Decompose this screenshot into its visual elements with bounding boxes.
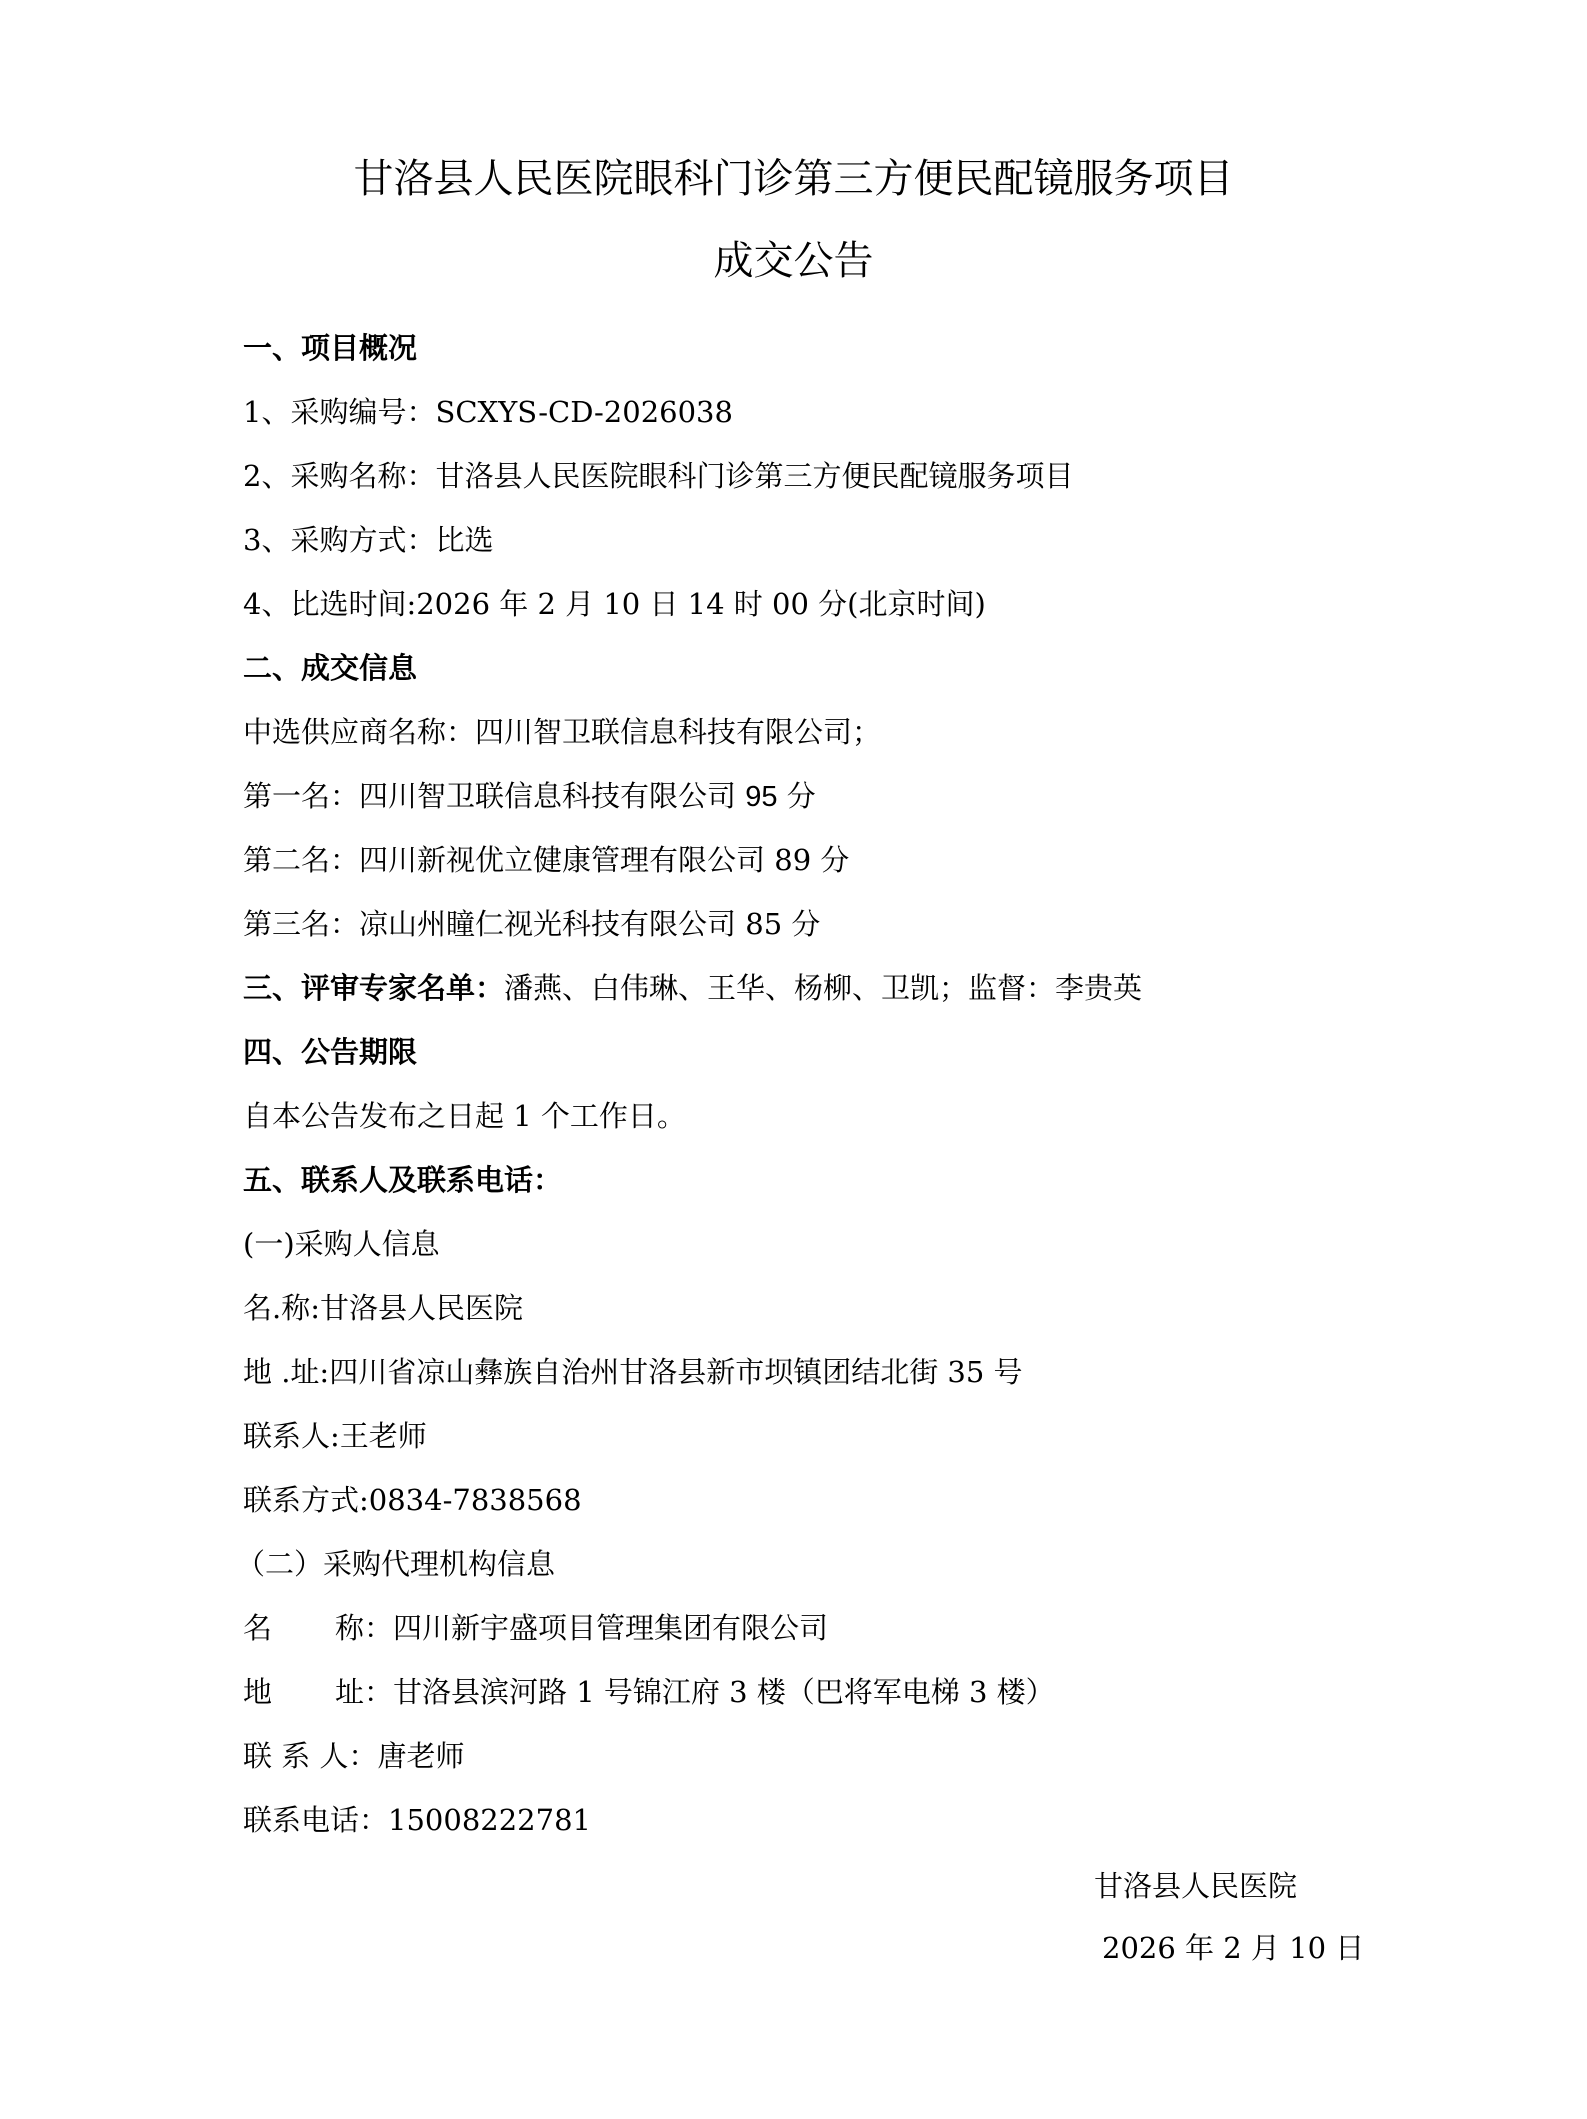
agency-phone-value: 15008222781 <box>388 1803 591 1837</box>
procurement-number: 1、采购编号：SCXYS-CD-2026038 <box>243 392 733 432</box>
agency-phone: 联系电话：15008222781 <box>243 1800 591 1840</box>
ranking-score: 89 <box>774 843 811 877</box>
agency-contact-value: 唐老师 <box>377 1739 464 1773</box>
purchaser-contact: 联系人:王老师 <box>243 1416 427 1456</box>
agency-name-label-part2: 称： <box>335 1611 393 1645</box>
ranking-label: 第一名： <box>243 779 359 813</box>
agency-contact: 联 系 人：唐老师 <box>243 1736 464 1776</box>
section-heading-expert-list: 三、评审专家名单： <box>243 971 504 1005</box>
ranking-company: 四川智卫联信息科技有限公司 <box>359 779 745 813</box>
section-heading-contacts: 五、联系人及联系电话： <box>243 1160 562 1200</box>
agency-info-heading: （二）采购代理机构信息 <box>236 1544 555 1584</box>
agency-address-label-part1: 地 <box>243 1672 335 1712</box>
expert-list: 三、评审专家名单：潘燕、白伟琳、王华、杨柳、卫凯；监督：李贵英 <box>243 968 1142 1008</box>
agency-contact-label: 联 系 人： <box>243 1739 377 1773</box>
ranking-first: 第一名：四川智卫联信息科技有限公司 95 分 <box>243 776 816 817</box>
ranking-company: 凉山州瞳仁视光科技有限公司 <box>359 907 745 941</box>
document-subtitle: 成交公告 <box>0 236 1587 286</box>
ranking-score: 95 <box>745 781 777 813</box>
ranking-label: 第三名： <box>243 907 359 941</box>
notice-period-text: 自本公告发布之日起 1 个工作日。 <box>243 1096 686 1136</box>
ranking-company: 四川新视优立健康管理有限公司 <box>359 843 774 877</box>
section-heading-deal-info: 二、成交信息 <box>243 648 417 688</box>
document-page: 甘洛县人民医院眼科门诊第三方便民配镜服务项目 成交公告 一、项目概况 1、采购编… <box>0 0 1587 2119</box>
ranking-unit: 分 <box>778 779 816 813</box>
ranking-label: 第二名： <box>243 843 359 877</box>
procurement-method: 3、采购方式：比选 <box>243 520 493 560</box>
expert-names: 潘燕、白伟琳、王华、杨柳、卫凯；监督：李贵英 <box>504 971 1142 1005</box>
ranking-score: 85 <box>745 907 782 941</box>
document-title: 甘洛县人民医院眼科门诊第三方便民配镜服务项目 <box>0 154 1587 204</box>
purchaser-name: 名.称:甘洛县人民医院 <box>243 1288 523 1328</box>
agency-name: 名称：四川新宇盛项目管理集团有限公司 <box>243 1608 828 1648</box>
section-heading-notice-period: 四、公告期限 <box>243 1032 417 1072</box>
procurement-name: 2、采购名称：甘洛县人民医院眼科门诊第三方便民配镜服务项目 <box>243 456 1073 496</box>
selection-time: 4、比选时间:2026 年 2 月 10 日 14 时 00 分(北京时间) <box>243 584 986 624</box>
agency-name-label-part1: 名 <box>243 1608 335 1648</box>
agency-name-value: 四川新宇盛项目管理集团有限公司 <box>393 1611 828 1645</box>
ranking-third: 第三名：凉山州瞳仁视光科技有限公司 85 分 <box>243 904 820 944</box>
agency-address: 地址：甘洛县滨河路 1 号锦江府 3 楼（巴将军电梯 3 楼） <box>243 1672 1055 1712</box>
section-heading-project-overview: 一、项目概况 <box>243 328 417 368</box>
purchaser-phone: 联系方式:0834-7838568 <box>243 1480 582 1520</box>
agency-address-value: 甘洛县滨河路 1 号锦江府 3 楼（巴将军电梯 3 楼） <box>393 1675 1055 1709</box>
purchaser-address: 地 .址:四川省凉山彝族自治州甘洛县新市坝镇团结北街 35 号 <box>243 1352 1023 1392</box>
ranking-second: 第二名：四川新视优立健康管理有限公司 89 分 <box>243 840 849 880</box>
signature-date: 2026 年 2 月 10 日 <box>1102 1928 1364 1968</box>
purchaser-info-heading: (一)采购人信息 <box>243 1224 440 1264</box>
ranking-unit: 分 <box>811 843 849 877</box>
signature-organization: 甘洛县人民医院 <box>1094 1866 1297 1906</box>
selected-supplier: 中选供应商名称：四川智卫联信息科技有限公司； <box>243 712 881 752</box>
agency-phone-label: 联系电话： <box>243 1803 388 1837</box>
agency-address-label-part2: 址： <box>335 1675 393 1709</box>
ranking-unit: 分 <box>782 907 820 941</box>
